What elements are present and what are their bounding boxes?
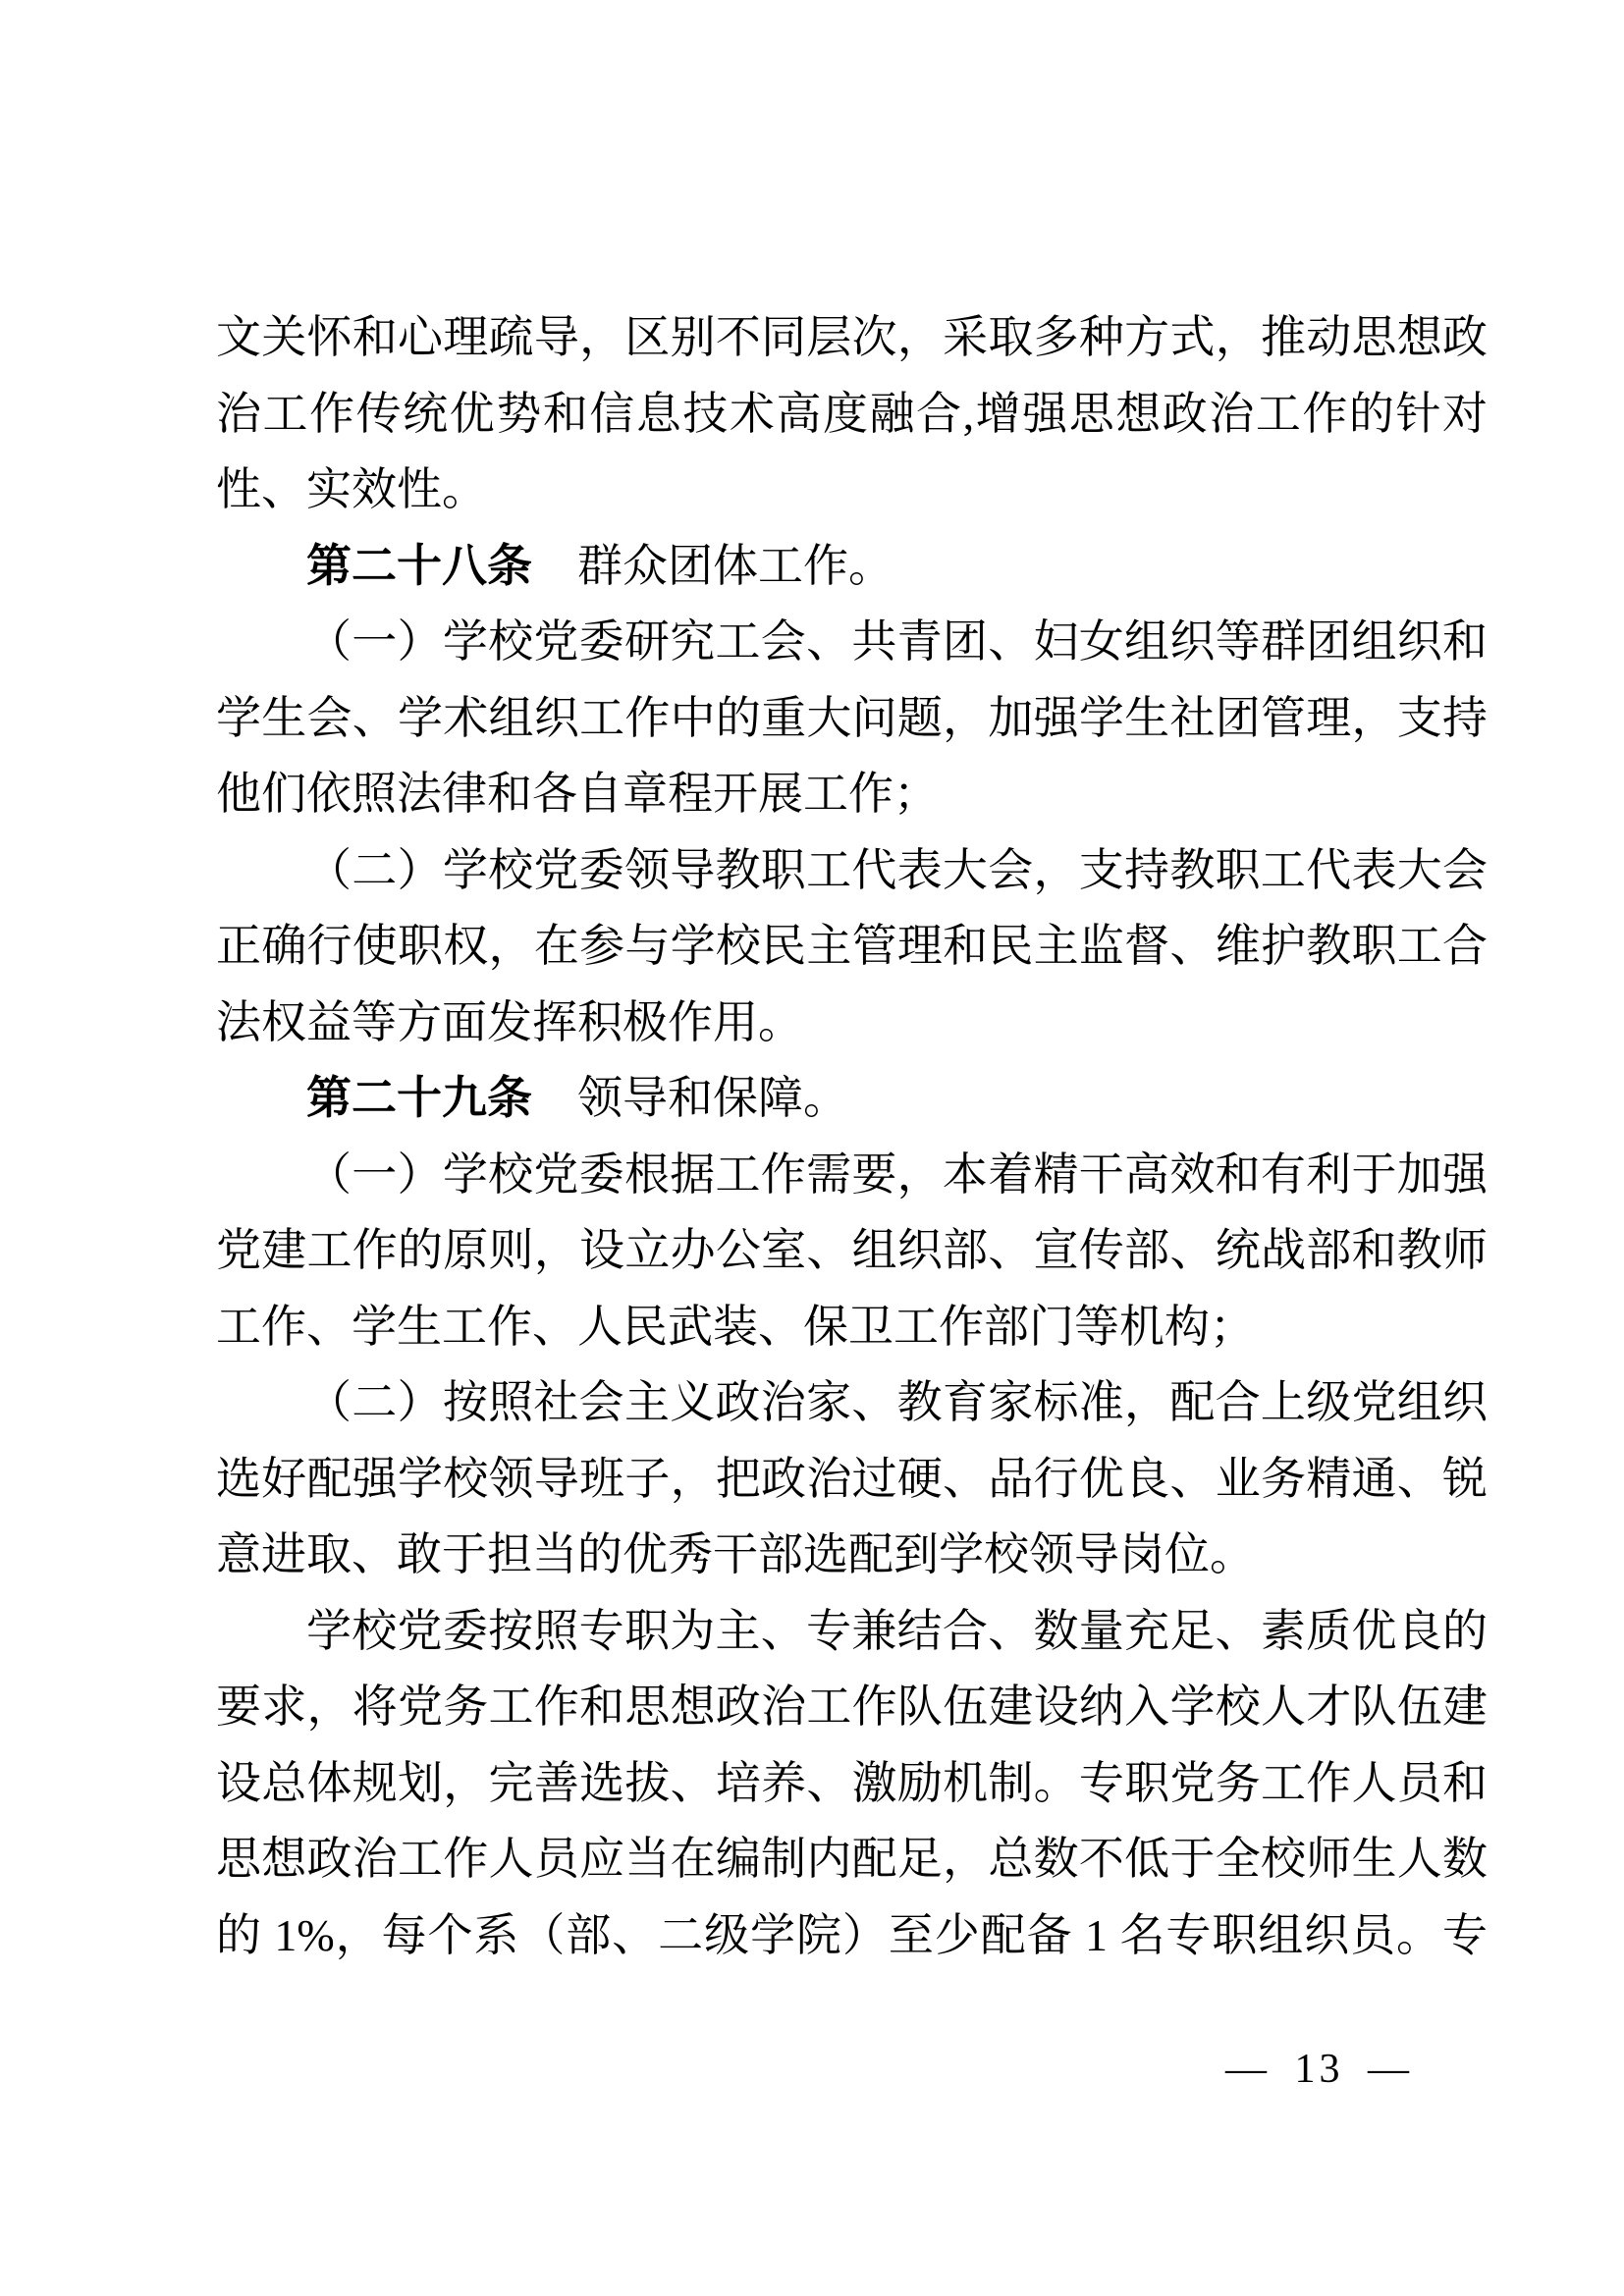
article-heading: 第二十九条领导和保障。 [216,1060,1488,1137]
text-line: 正确行使职权，在参与学校民主管理和民主监督、维护教职工合 [216,908,1488,985]
text-line: 治工作传统优势和信息技术高度融合,增强思想政治工作的针对 [216,376,1488,453]
article-number: 第二十八条 [306,540,532,591]
text-line: 学生会、学术组织工作中的重大问题，加强学生社团管理，支持 [216,680,1488,757]
text-line: 党建工作的原则，设立办公室、组织部、宣传部、统战部和教师 [216,1212,1488,1289]
text-line: （一）学校党委研究工会、共青团、妇女组织等群团组织和 [216,604,1488,680]
article-number: 第二十九条 [306,1072,532,1123]
body-text: 文关怀和心理疏导，区别不同层次，采取多种方式，推动思想政 治工作传统优势和信息技… [216,299,1488,1973]
text-line: 法权益等方面发挥积极作用。 [216,985,1488,1061]
text-line: （二）按照社会主义政治家、教育家标准，配合上级党组织 [216,1364,1488,1441]
text-line: （一）学校党委根据工作需要，本着精干高效和有利于加强 [216,1137,1488,1213]
text-line: 选好配强学校领导班子，把政治过硬、品行优良、业务精通、锐 [216,1441,1488,1518]
text-line: 他们依照法律和各自章程开展工作； [216,756,1488,832]
article-heading: 第二十八条群众团体工作。 [216,528,1488,605]
text-line: 性、实效性。 [216,452,1488,528]
text-line: 的 1%，每个系（部、二级学院）至少配备 1 名专职组织员。专 [216,1897,1488,1974]
article-title: 群众团体工作。 [577,541,893,591]
article-title: 领导和保障。 [577,1073,848,1123]
document-page: 文关怀和心理疏导，区别不同层次，采取多种方式，推动思想政 治工作传统优势和信息技… [0,0,1624,2296]
text-line: 学校党委按照专职为主、专兼结合、数量充足、素质优良的 [216,1593,1488,1670]
text-line: 文关怀和心理疏导，区别不同层次，采取多种方式，推动思想政 [216,299,1488,376]
text-line: 意进取、敢于担当的优秀干部选配到学校领导岗位。 [216,1517,1488,1593]
text-line: 设总体规划，完善选拔、培养、激励机制。专职党务工作人员和 [216,1745,1488,1822]
text-line: 工作、学生工作、人民武装、保卫工作部门等机构； [216,1289,1488,1365]
page-number: — 13 — [1225,2042,1413,2097]
text-line: （二）学校党委领导教职工代表大会，支持教职工代表大会 [216,832,1488,909]
text-line: 要求，将党务工作和思想政治工作队伍建设纳入学校人才队伍建 [216,1669,1488,1745]
text-line: 思想政治工作人员应当在编制内配足，总数不低于全校师生人数 [216,1821,1488,1897]
